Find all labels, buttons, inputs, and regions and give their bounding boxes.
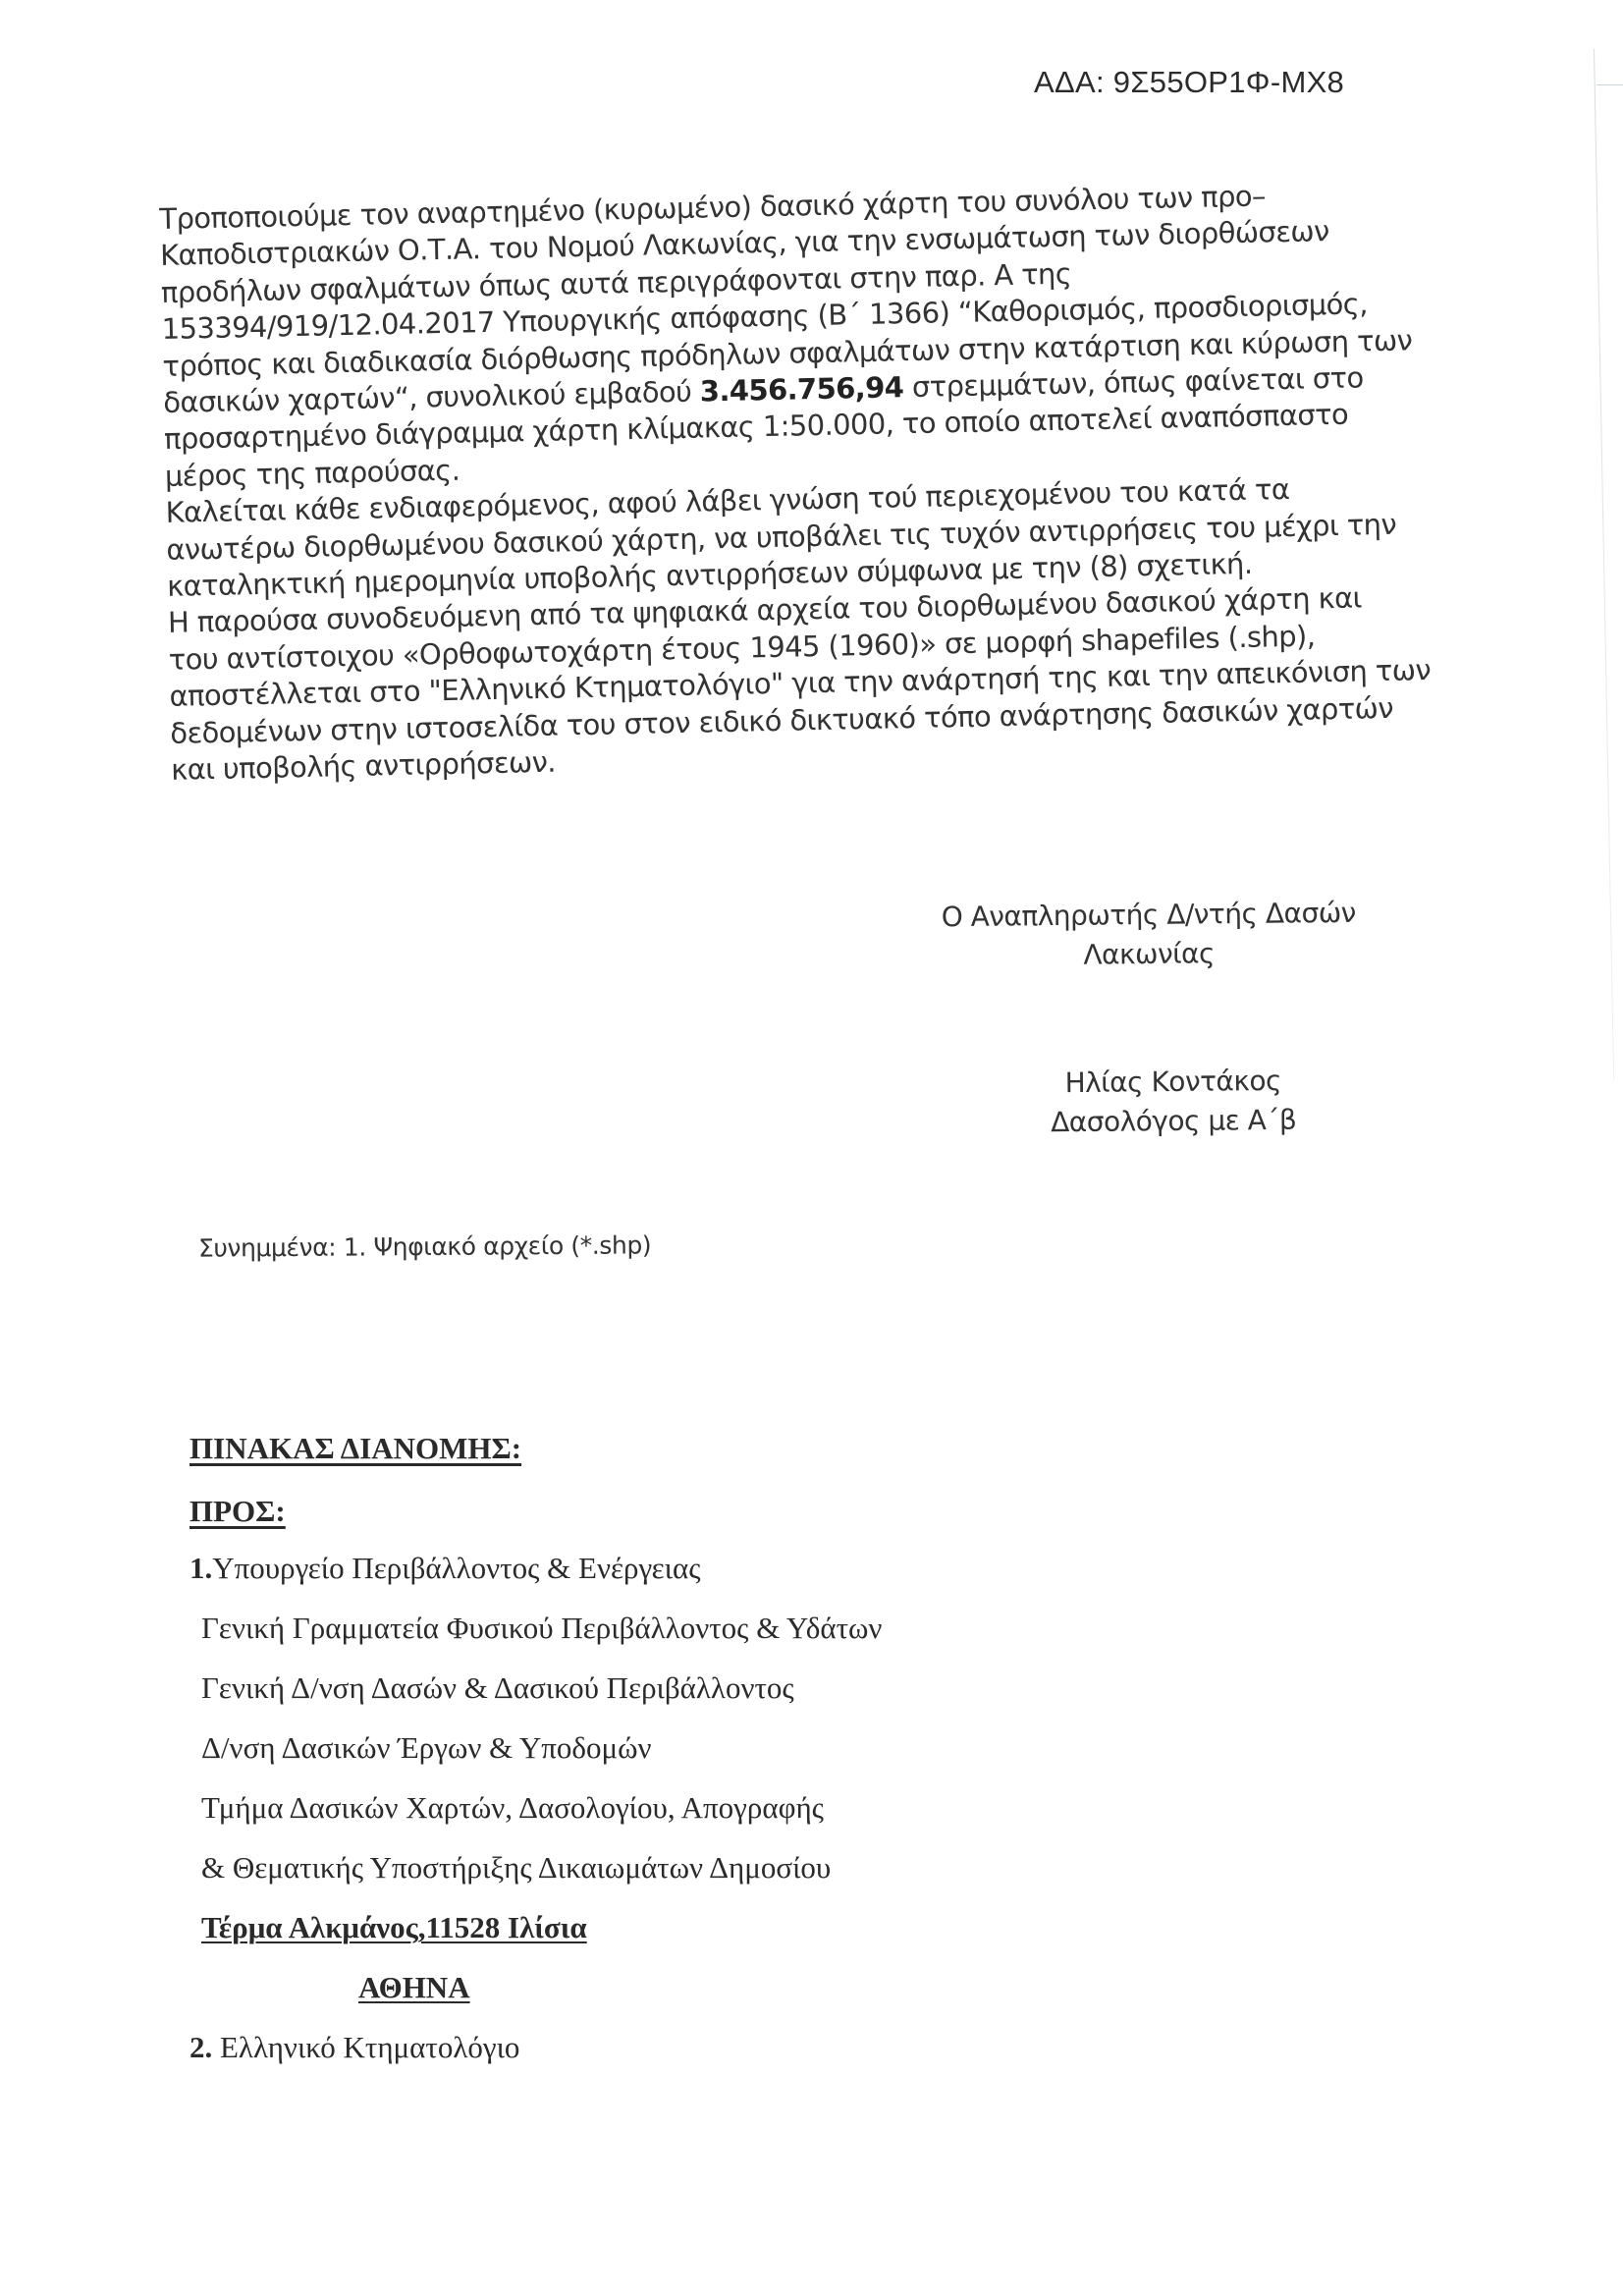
recipient-city: ΑΘΗΝΑ [189,1970,470,2004]
ada-identifier: ΑΔΑ: 9Σ55ΟΡ1Φ-ΜΧ8 [1034,65,1344,100]
scan-edge-mark [1596,84,1623,85]
recipient-number: 1. [189,1551,212,1585]
recipient-cadastre: Ελληνικό Κτηματολόγιο [212,2030,519,2064]
recipient-1-line: & Θεματικής Υποστήριξης Δικαιωμάτων Δημο… [189,1848,882,1908]
attachments-note: Συνημμένα: 1. Ψηφιακό αρχείο (*.shp) [198,1230,651,1262]
recipient-2-line: 2. Ελληνικό Κτηματολόγιο [189,2028,882,2088]
signatory-region: Λακωνίας [933,933,1365,977]
distribution-heading: ΠΙΝΑΚΑΣ ΔΙΑΝΟΜΗΣ: [189,1429,882,1492]
recipient-address: Τέρμα Αλκμάνος,11528 Ιλίσια [189,1910,587,1944]
recipient-number: 2. [189,2030,212,2064]
recipient-1-line: Γενική Δ/νση Δασών & Δασικού Περιβάλλοντ… [189,1668,882,1728]
signatory-title: Ο Αναπληρωτής Δ/ντής Δασών Λακωνίας [933,894,1366,977]
scan-edge-line [1594,49,1614,1080]
signatory-name: Ηλίας Κοντάκος [957,1061,1389,1105]
recipients-heading: ΠΡΟΣ: [189,1492,882,1549]
recipient-1-line: Δ/νση Δασικών Έργων & Υποδομών [189,1728,882,1788]
distribution-list: ΠΙΝΑΚΑΣ ΔΙΑΝΟΜΗΣ: ΠΡΟΣ: 1.Υπουργείο Περι… [189,1429,882,2088]
document-page: ΑΔΑ: 9Σ55ΟΡ1Φ-ΜΧ8 Τροποποιούμε τον αναρτ… [0,0,1623,2296]
recipient-ministry: Υπουργείο Περιβάλλοντος & Ενέργειας [212,1551,700,1585]
recipient-1-city-line: ΑΘΗΝΑ [189,1968,882,2028]
signatory-block: Ηλίας Κοντάκος Δασολόγος με Α΄β [957,1061,1390,1144]
signatory-role: Δασολόγος με Α΄β [957,1100,1389,1144]
recipient-1-address-line: Τέρμα Αλκμάνος,11528 Ιλίσια [189,1908,882,1968]
decision-body: Τροποποιούμε τον αναρτημένο (κυρωμένο) δ… [159,175,1447,790]
recipient-1-line: Τμήμα Δασικών Χαρτών, Δασολογίου, Απογρα… [189,1788,882,1848]
signatory-position: Ο Αναπληρωτής Δ/ντής Δασών [933,894,1365,938]
total-area-value: 3.456.756,94 [699,370,903,408]
recipient-1-line: 1.Υπουργείο Περιβάλλοντος & Ενέργειας [189,1549,882,1609]
recipient-1-line: Γενική Γραμματεία Φυσικού Περιβάλλοντος … [189,1609,882,1668]
